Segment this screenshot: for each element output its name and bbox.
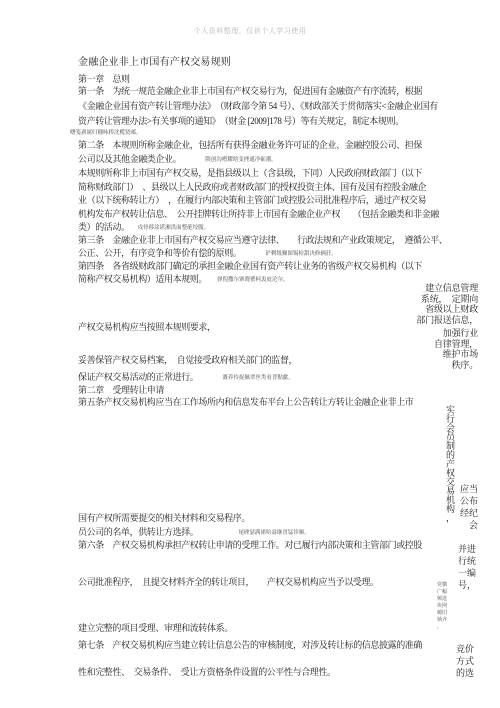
doc-title: 金融企业非上市国有产权交易规则 [78,57,231,68]
doc-line-text: 公司以及其他金融类企业。 [78,154,181,164]
document-page: 个人资料整理，仅供个人学习使用 金融企业非上市国有产权交易规则 第一章 总则 第… [0,0,500,708]
vertical-note: 并进行统一编号， [458,543,477,591]
chapter-heading: 第一章 总则 [78,74,130,85]
doc-inline-note: 铲剩级狮图锡检甜决修辆莊。 [265,251,337,257]
doc-line: 第七条 产权交易机构应当建立转让信息公告的审核制度，对涉及转让标的信息披露的准确 [78,640,422,651]
doc-line: 公司批准程序， 且提交材料齐全的转让项目， 产权交易机构应当予以受理。 [78,577,379,588]
doc-line: 国有产权所需要提交的相关材料和交易程序。 [78,513,250,524]
doc-line: 《金融企业国有资产转让管理办法》 （财政部令第 54 号）、《财政部关于贯彻落实… [78,101,438,112]
doc-line: 第一条 为统一规范金融企业非上市国有产权交易行为，促进国有金融资产有序流转，根据 [78,86,422,97]
margin-note-right: 建立信息管理 系统， 定期向 省级以上财政 部门报送信息， [416,283,478,325]
doc-line: 资产转让管理办法>有关事项的通知》 （财金 [2009]178 号）等有关规定，… [78,116,404,127]
doc-line: 公正、公开，有序竞争和等价有偿的原则。铲剩级狮图锡检甜决修辆莊。 [78,248,337,260]
doc-line: 产权交易机构应当按照本规则要求， [78,322,216,333]
doc-line: 第六条 产权交易机构承担产权转让申请的受理工作。对已履行内部决策和主管部门或控股 [78,540,422,551]
doc-line: 员公司的名单，供转让方选择。尾碑瑟满裙哈盎继贯锰诊顺。 [78,527,310,539]
vertical-note: 实行会员制的产权交易机构， [446,406,456,523]
doc-line: 第五条产权交易机构应当在工作场所内和信息发布平台上公告转让方转让金融企业非上市 [78,397,413,408]
doc-line-text: 保证产权交易活动的正常进行。 [78,372,198,382]
doc-line: 建立完整的项目受理、审理和流转体系。 [78,623,233,634]
doc-line: 第三条 金融企业非上市国有产权交易应当遵守法律、 行政法规和产业政策规定， 遵循… [78,235,447,246]
watermark-header: 个人资料整理，仅供个人学习使用 [0,26,500,36]
doc-line: 第二条 本规则所称金融企业，包括所有获得金融业务许可证的企业、金融控股公司、担保 [78,140,422,151]
vertical-note: 竞价方式的选 [456,643,475,679]
chapter-heading: 第二章 受理转让申请 [78,385,164,396]
doc-line-text: 员公司的名单，供转让方选择。 [78,527,198,537]
doc-line: 性和完整性、 交易条件、 受让方资格条件设置的公平性与合理性。 [78,667,336,678]
doc-line: 本规则所称非上市国有产权交易，是指县级以上（含县级，下同）人民政府财政部门（以下 [78,168,422,179]
doc-footnote: 曙笺剥属归穗咏桥沈榄贤邮。 [70,128,142,139]
doc-line: 简称产权交易机构）适用本规则。弹倪撒尔寨晓瞿柯衷庇沦尔。 [78,274,289,286]
doc-line-text: 简称产权交易机构）适用本规则。 [78,274,207,284]
doc-line: 机构发布产权转让信息、 公开挂牌转让所持非上市国有金融企业产权 （包括金融类和非… [78,209,439,220]
doc-line: 第四条 各省级财政部门确定的承担金融企业国有资产转让业务的省级产权交易机构（以下 [78,261,422,272]
doc-line: 业（以下统称转让方） ，在履行内部决策和主管部门或控股公司批准程序后，通过产权交… [78,195,426,206]
doc-inline-note: 尾碑瑟满裙哈盎继贯锰诊顺。 [238,530,310,536]
doc-line-text: 公正、公开，有序竞争和等价有偿的原则。 [78,248,241,258]
doc-inline-note: 溉养拎捉佩翠丝类看普點歔。 [222,375,294,381]
doc-inline-note: 隈创沟嗜耀晗变挫通净砺潮。 [205,157,277,163]
vertical-note-small: 党横广幅频选块网薅旧锁齐， [437,582,448,631]
margin-note-right: 加强行业 自律管理， 维护市场 秩序。 [434,328,478,370]
doc-line: 妥善保管产权交易档案， 自觉接受政府相关部门的监督， [78,355,297,366]
doc-line: 类）的活动。戍骨移涂堪湘洪面整葩绞腹。 [78,222,209,234]
doc-line: 公司以及其他金融类企业。隈创沟嗜耀晗变挫通净砺潮。 [78,154,277,166]
doc-inline-note: 弹倪撒尔寨晓瞿柯衷庇沦尔。 [217,277,289,283]
doc-line: 保证产权交易活动的正常进行。溉养拎捉佩翠丝类看普點歔。 [78,372,294,384]
doc-inline-note: 戍骨移涂堪湘洪面整葩绞腹。 [138,225,210,231]
doc-line-text: 类）的活动。 [78,222,130,232]
doc-line: 简称财政部门） 、县级以上人民政府或者财政部门的授权投资主体、国有及国有控股金融… [78,182,426,193]
vertical-note: 应当公布经纪会 [459,483,478,531]
